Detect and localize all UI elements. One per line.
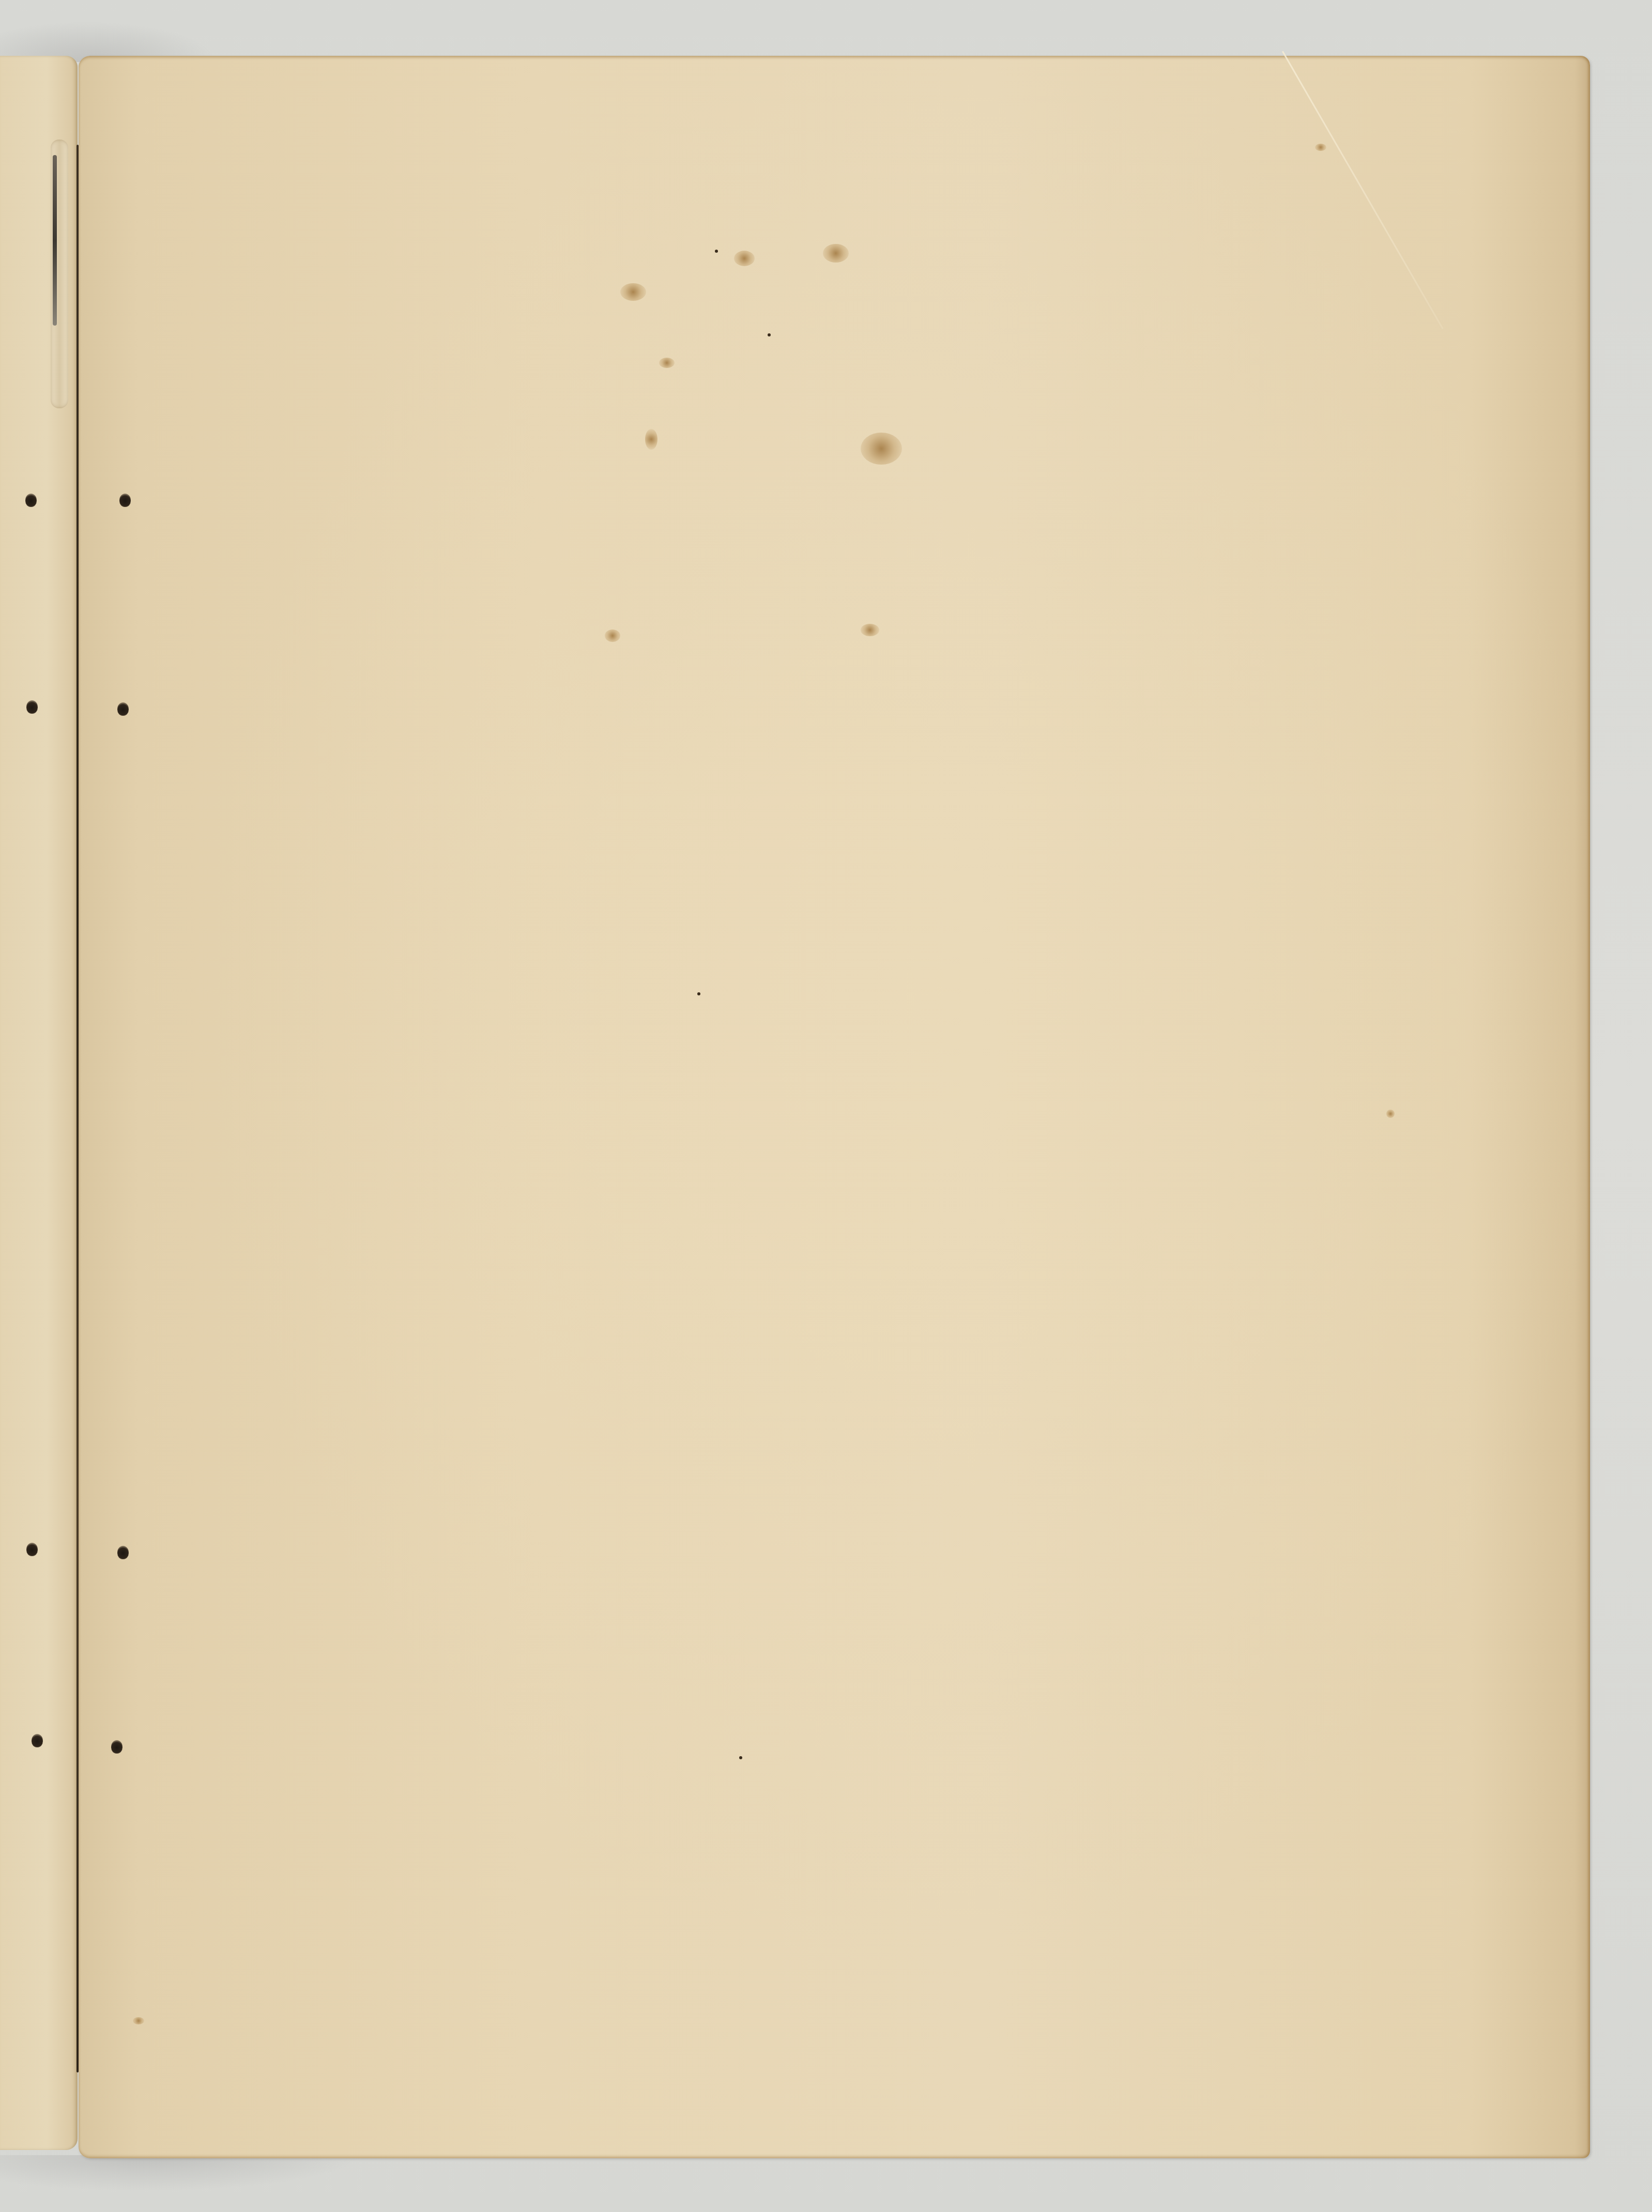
foxing-spot xyxy=(1315,144,1326,151)
foxing-spot xyxy=(620,283,646,301)
page-shadow-bottom xyxy=(0,2155,362,2191)
foxing-spot xyxy=(861,624,879,636)
gutter-binding-thread xyxy=(77,145,79,2072)
binding-hole xyxy=(26,700,38,714)
binding-hole xyxy=(119,494,131,507)
binding-hole xyxy=(32,1734,43,1747)
paper-speck xyxy=(715,250,718,253)
foxing-spot xyxy=(734,251,755,266)
right-page xyxy=(79,56,1590,2158)
paper-speck xyxy=(697,992,700,995)
foxing-spot xyxy=(861,433,902,465)
foxing-spot xyxy=(659,358,675,368)
foxing-spot xyxy=(133,2017,144,2024)
binding-hole xyxy=(25,494,37,507)
foxing-spot xyxy=(645,429,657,450)
gutter-tear xyxy=(51,140,68,408)
binding-hole xyxy=(111,1740,123,1754)
binding-hole xyxy=(26,1543,38,1556)
binding-hole xyxy=(117,1546,129,1559)
paper-speck xyxy=(768,333,771,336)
binding-hole xyxy=(117,702,129,716)
foxing-spot xyxy=(1386,1110,1395,1118)
foxing-spot xyxy=(605,629,620,642)
paper-speck xyxy=(739,1756,742,1759)
foxing-spot xyxy=(823,244,849,263)
